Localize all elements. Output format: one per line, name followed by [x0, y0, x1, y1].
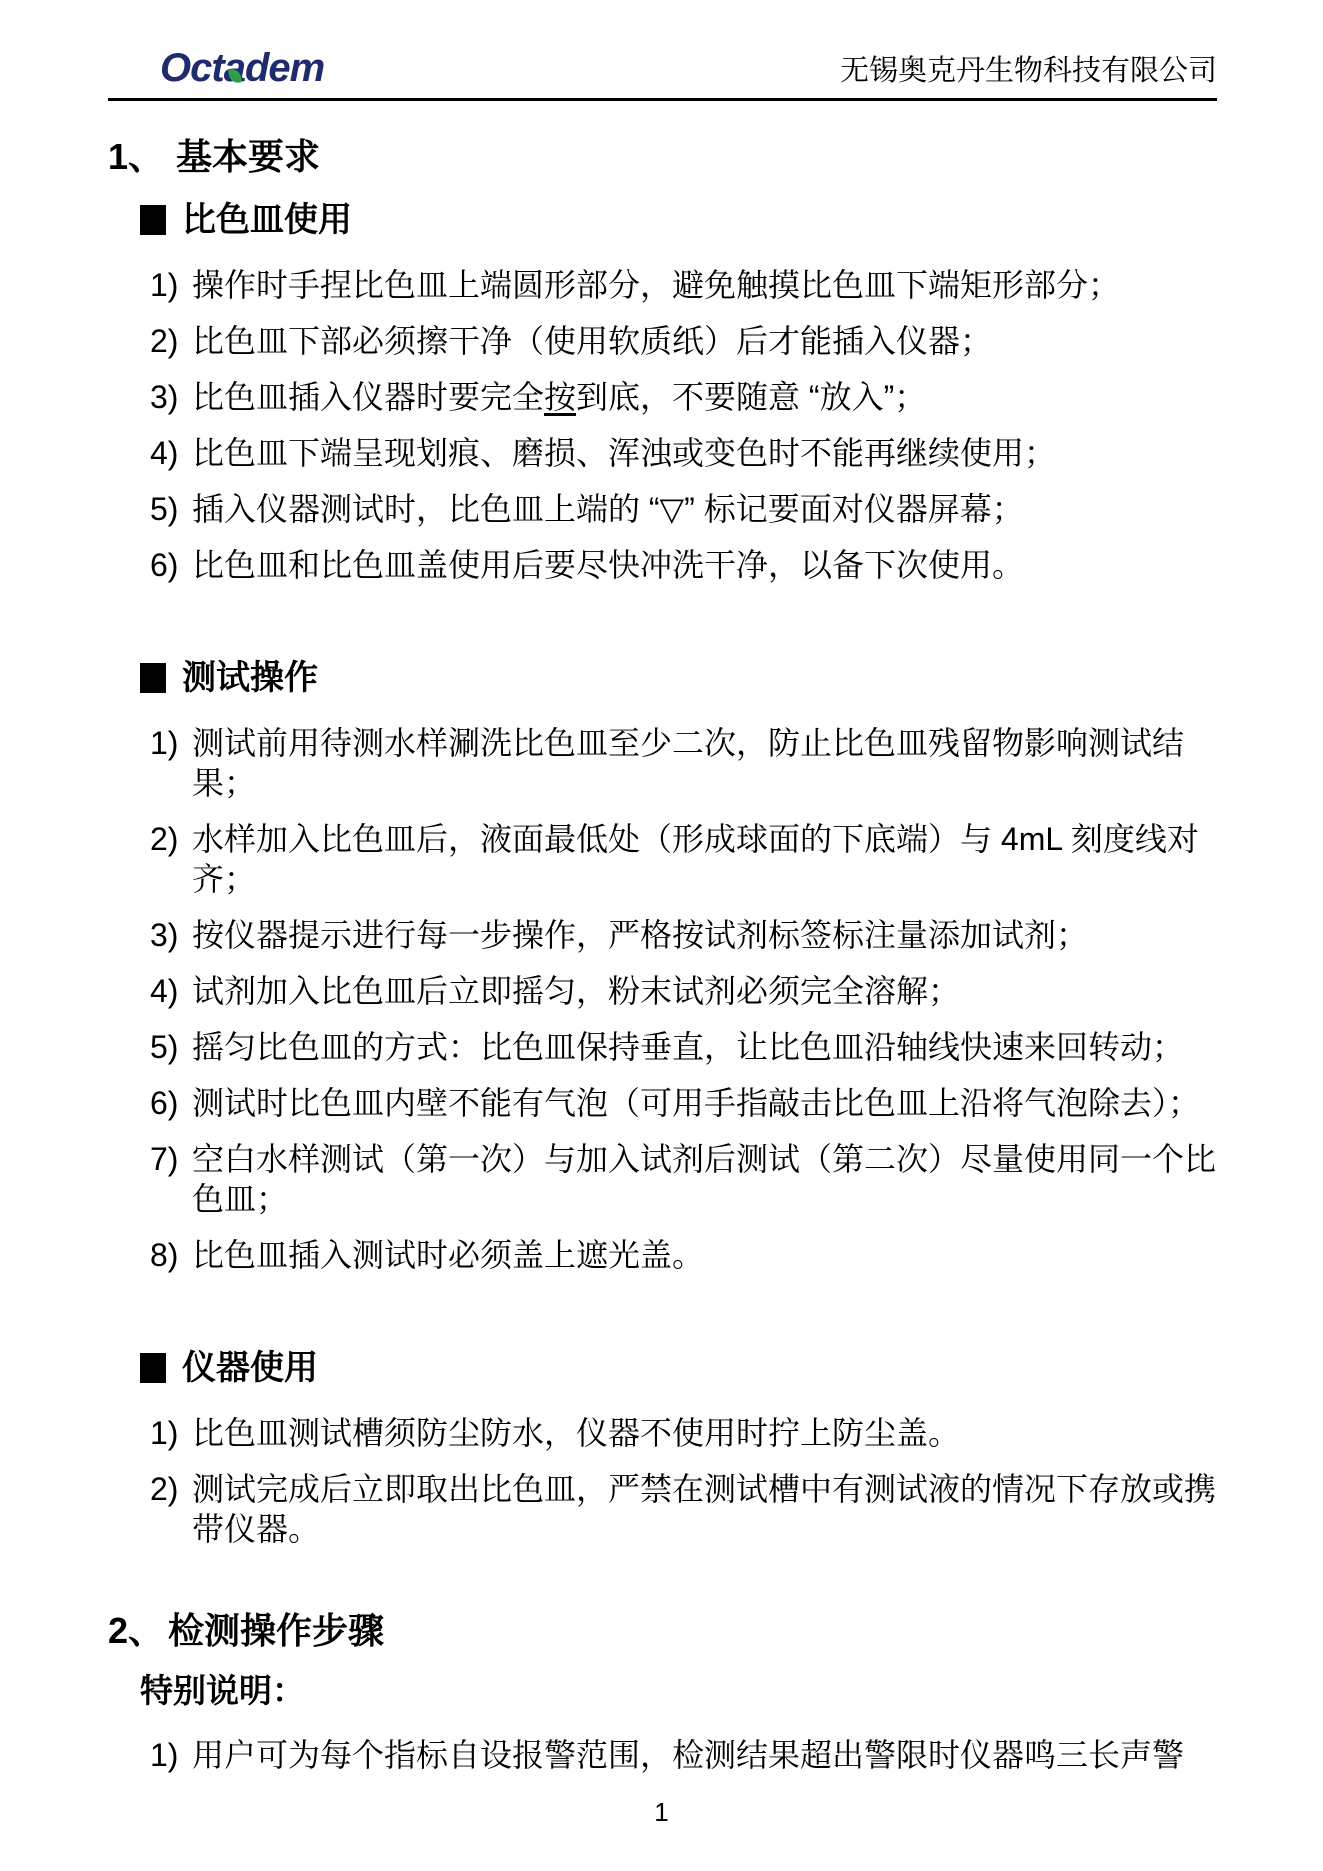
item-text: 试剂加入比色皿后立即摇匀，粉末试剂必须完全溶解；	[192, 971, 1217, 1011]
instrument-use-list: 1) 比色皿测试槽须防尘防水，仪器不使用时拧上防尘盖。 2) 测试完成后立即取出…	[108, 1413, 1217, 1549]
section-title: 检测操作步骤	[168, 1609, 384, 1653]
item-text: 操作时手捏比色皿上端圆形部分，避免触摸比色皿下端矩形部分；	[192, 265, 1217, 305]
document-page: Octadem 无锡奥克丹生物科技有限公司 1、 基本要求 比色皿使用 1) 操…	[0, 0, 1323, 1775]
list-item: 3) 按仪器提示进行每一步操作，严格按试剂标签标注量添加试剂；	[108, 915, 1217, 955]
logo-letter-a: a	[224, 46, 245, 90]
list-item: 1) 操作时手捏比色皿上端圆形部分，避免触摸比色皿下端矩形部分；	[108, 265, 1217, 305]
list-item: 2) 水样加入比色皿后，液面最低处（形成球面的下底端）与 4mL 刻度线对齐；	[108, 819, 1217, 899]
underlined-char: 按	[544, 379, 576, 415]
section-1-heading: 1、 基本要求	[108, 135, 1217, 179]
item-number: 5)	[150, 489, 192, 529]
item-number: 3)	[150, 377, 192, 417]
item-number: 1)	[150, 1735, 192, 1775]
item-number: 1)	[150, 723, 192, 803]
item-number: 2)	[150, 819, 192, 899]
section-number: 2、	[108, 1609, 164, 1653]
list-item: 1) 比色皿测试槽须防尘防水，仪器不使用时拧上防尘盖。	[108, 1413, 1217, 1453]
item-text: 比色皿下端呈现划痕、磨损、浑浊或变色时不能再继续使用；	[192, 433, 1217, 473]
item-text: 比色皿测试槽须防尘防水，仪器不使用时拧上防尘盖。	[192, 1413, 1217, 1453]
item-text: 水样加入比色皿后，液面最低处（形成球面的下底端）与 4mL 刻度线对齐；	[192, 819, 1217, 899]
section-2-heading: 2、 检测操作步骤	[108, 1609, 1217, 1653]
black-square-bullet-icon	[140, 1353, 166, 1383]
item-number: 5)	[150, 1027, 192, 1067]
list-item: 1) 测试前用待测水样涮洗比色皿至少二次，防止比色皿残留物影响测试结果；	[108, 723, 1217, 803]
list-item: 2) 测试完成后立即取出比色皿，严禁在测试槽中有测试液的情况下存放或携带仪器。	[108, 1469, 1217, 1549]
item-number: 4)	[150, 971, 192, 1011]
list-item: 8) 比色皿插入测试时必须盖上遮光盖。	[108, 1235, 1217, 1275]
list-item: 2) 比色皿下部必须擦干净（使用软质纸）后才能插入仪器；	[108, 321, 1217, 361]
item-number: 8)	[150, 1235, 192, 1275]
page-header: Octadem 无锡奥克丹生物科技有限公司	[108, 46, 1217, 101]
item-number: 2)	[150, 321, 192, 361]
subsection-title-instrument-use: 仪器使用	[140, 1347, 1217, 1389]
item-text: 比色皿下部必须擦干净（使用软质纸）后才能插入仪器；	[192, 321, 1217, 361]
list-item: 5) 摇匀比色皿的方式：比色皿保持垂直，让比色皿沿轴线快速来回转动；	[108, 1027, 1217, 1067]
item-text: 空白水样测试（第一次）与加入试剂后测试（第二次）尽量使用同一个比色皿；	[192, 1139, 1217, 1219]
item-number: 6)	[150, 545, 192, 585]
item-text: 比色皿插入测试时必须盖上遮光盖。	[192, 1235, 1217, 1275]
logo-text-pre: Oct	[160, 46, 224, 90]
subsection-title-text: 测试操作	[182, 657, 318, 699]
test-operation-list: 1) 测试前用待测水样涮洗比色皿至少二次，防止比色皿残留物影响测试结果； 2) …	[108, 723, 1217, 1275]
item-text: 插入仪器测试时，比色皿上端的 “▽” 标记要面对仪器屏幕；	[192, 489, 1217, 529]
item-number: 6)	[150, 1083, 192, 1123]
list-item: 6) 比色皿和比色皿盖使用后要尽快冲洗干净，以备下次使用。	[108, 545, 1217, 585]
page-number: 1	[0, 1797, 1323, 1827]
special-note-label: 特别说明：	[140, 1671, 1217, 1711]
list-item: 4) 试剂加入比色皿后立即摇匀，粉末试剂必须完全溶解；	[108, 971, 1217, 1011]
list-item: 1) 用户可为每个指标自设报警范围，检测结果超出警限时仪器鸣三长声警	[108, 1735, 1217, 1775]
item-number: 2)	[150, 1469, 192, 1549]
item-number: 1)	[150, 265, 192, 305]
black-square-bullet-icon	[140, 205, 166, 235]
item-number: 4)	[150, 433, 192, 473]
list-item: 3) 比色皿插入仪器时要完全按到底，不要随意 “放入”；	[108, 377, 1217, 417]
subsection-title-test-operation: 测试操作	[140, 657, 1217, 699]
cuvette-use-list: 1) 操作时手捏比色皿上端圆形部分，避免触摸比色皿下端矩形部分； 2) 比色皿下…	[108, 265, 1217, 585]
item-text: 按仪器提示进行每一步操作，严格按试剂标签标注量添加试剂；	[192, 915, 1217, 955]
item-text: 测试时比色皿内壁不能有气泡（可用手指敲击比色皿上沿将气泡除去）；	[192, 1083, 1217, 1123]
company-logo: Octadem	[160, 46, 324, 90]
company-name: 无锡奥克丹生物科技有限公司	[840, 54, 1217, 90]
item-text: 比色皿插入仪器时要完全按到底，不要随意 “放入”；	[192, 377, 1217, 417]
list-item: 4) 比色皿下端呈现划痕、磨损、浑浊或变色时不能再继续使用；	[108, 433, 1217, 473]
item-number: 7)	[150, 1139, 192, 1219]
list-item: 6) 测试时比色皿内壁不能有气泡（可用手指敲击比色皿上沿将气泡除去）；	[108, 1083, 1217, 1123]
subsection-title-cuvette-use: 比色皿使用	[140, 199, 1217, 241]
logo-text-post: dem	[245, 46, 324, 90]
section-number: 1、	[108, 135, 176, 179]
item-text: 测试完成后立即取出比色皿，严禁在测试槽中有测试液的情况下存放或携带仪器。	[192, 1469, 1217, 1549]
item-text: 比色皿和比色皿盖使用后要尽快冲洗干净，以备下次使用。	[192, 545, 1217, 585]
list-item: 5) 插入仪器测试时，比色皿上端的 “▽” 标记要面对仪器屏幕；	[108, 489, 1217, 529]
item-text: 用户可为每个指标自设报警范围，检测结果超出警限时仪器鸣三长声警	[192, 1735, 1217, 1775]
subsection-title-text: 比色皿使用	[182, 199, 352, 241]
item-text: 测试前用待测水样涮洗比色皿至少二次，防止比色皿残留物影响测试结果；	[192, 723, 1217, 803]
subsection-title-text: 仪器使用	[182, 1347, 318, 1389]
section-title: 基本要求	[176, 135, 320, 179]
item-number: 1)	[150, 1413, 192, 1453]
item-number: 3)	[150, 915, 192, 955]
special-note-list: 1) 用户可为每个指标自设报警范围，检测结果超出警限时仪器鸣三长声警	[108, 1735, 1217, 1775]
item-text: 摇匀比色皿的方式：比色皿保持垂直，让比色皿沿轴线快速来回转动；	[192, 1027, 1217, 1067]
list-item: 7) 空白水样测试（第一次）与加入试剂后测试（第二次）尽量使用同一个比色皿；	[108, 1139, 1217, 1219]
black-square-bullet-icon	[140, 663, 166, 693]
